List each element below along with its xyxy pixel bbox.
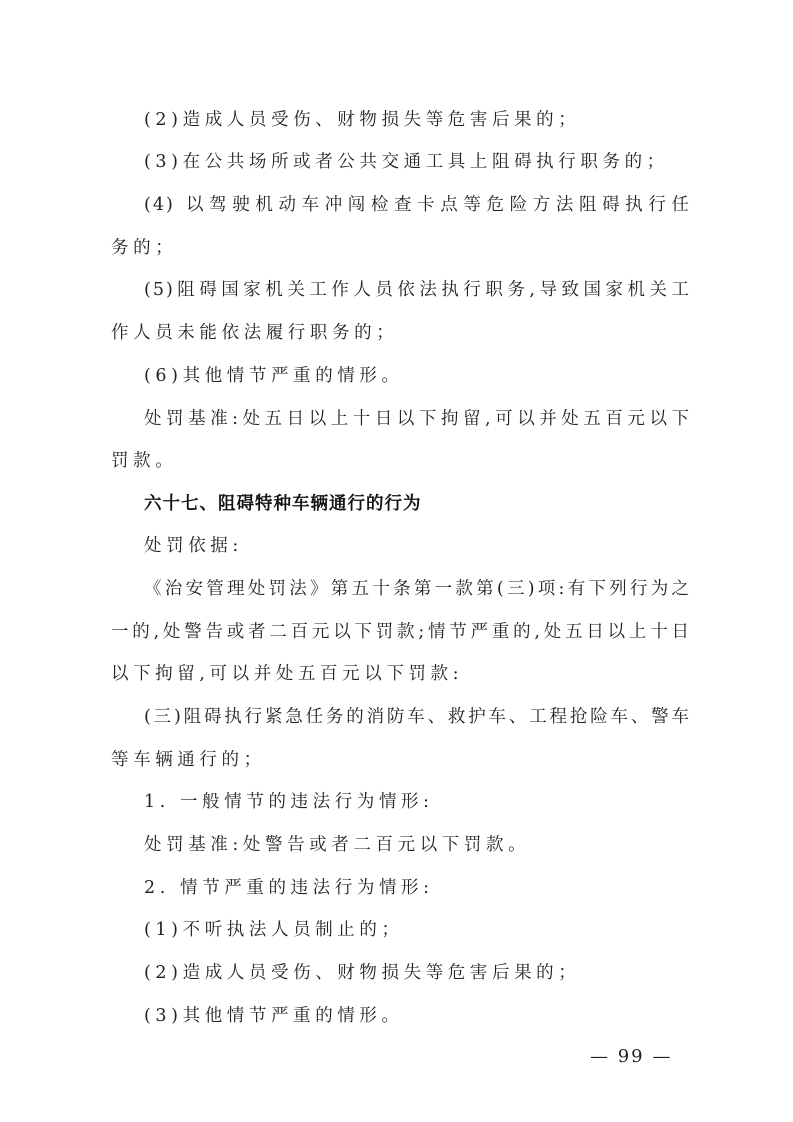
law-citation-continued-2: 以下拘留,可以并处五百元以下罚款:	[111, 662, 691, 686]
serious-item-2: (2)造成人员受伤、财物损失等危害后果的；	[144, 961, 724, 985]
item-5-continued: 作人员未能依法履行职务的；	[111, 321, 691, 345]
law-citation: 《治安管理处罚法》第五十条第一款第(三)项:有下列行为之	[144, 577, 691, 601]
page-number: — 99 —	[590, 1046, 672, 1067]
item-3-public-place: (3)在公共场所或者公共交通工具上阻碍执行职务的；	[144, 150, 724, 174]
general-penalty-standard: 处罚基准:处警告或者二百元以下罚款。	[144, 833, 724, 857]
item-2-harm: (2)造成人员受伤、财物损失等危害后果的；	[144, 108, 724, 132]
serious-item-1: (1)不听执法人员制止的；	[144, 918, 724, 942]
document-page: (2)造成人员受伤、财物损失等危害后果的； (3)在公共场所或者公共交通工具上阻…	[0, 0, 793, 1122]
clause-3-continued: 等车辆通行的；	[111, 748, 691, 772]
serious-circumstances: 2. 情节严重的违法行为情形:	[144, 876, 724, 900]
item-5-obstruct-officials: (5)阻碍国家机关工作人员依法执行职务,导致国家机关工	[144, 278, 691, 302]
item-4-continued: 务的；	[111, 236, 691, 260]
penalty-standard: 处罚基准:处五日以上十日以下拘留,可以并处五百元以下	[144, 407, 691, 431]
law-citation-continued-1: 一的,处警告或者二百元以下罚款;情节严重的,处五日以上十日	[111, 620, 691, 644]
serious-item-3: (3)其他情节严重的情形。	[144, 1004, 724, 1028]
penalty-basis-label: 处罚依据:	[144, 534, 724, 558]
item-4-vehicle-ram: (4) 以驾驶机动车冲闯检查卡点等危险方法阻碍执行任	[144, 193, 691, 217]
general-circumstances: 1. 一般情节的违法行为情形:	[144, 790, 724, 814]
penalty-standard-continued: 罚款。	[111, 449, 691, 473]
item-6-other: (6)其他情节严重的情形。	[144, 364, 724, 388]
section-heading-67: 六十七、阻碍特种车辆通行的行为	[144, 492, 724, 516]
clause-3: (三)阻碍执行紧急任务的消防车、救护车、工程抢险车、警车	[144, 705, 691, 729]
